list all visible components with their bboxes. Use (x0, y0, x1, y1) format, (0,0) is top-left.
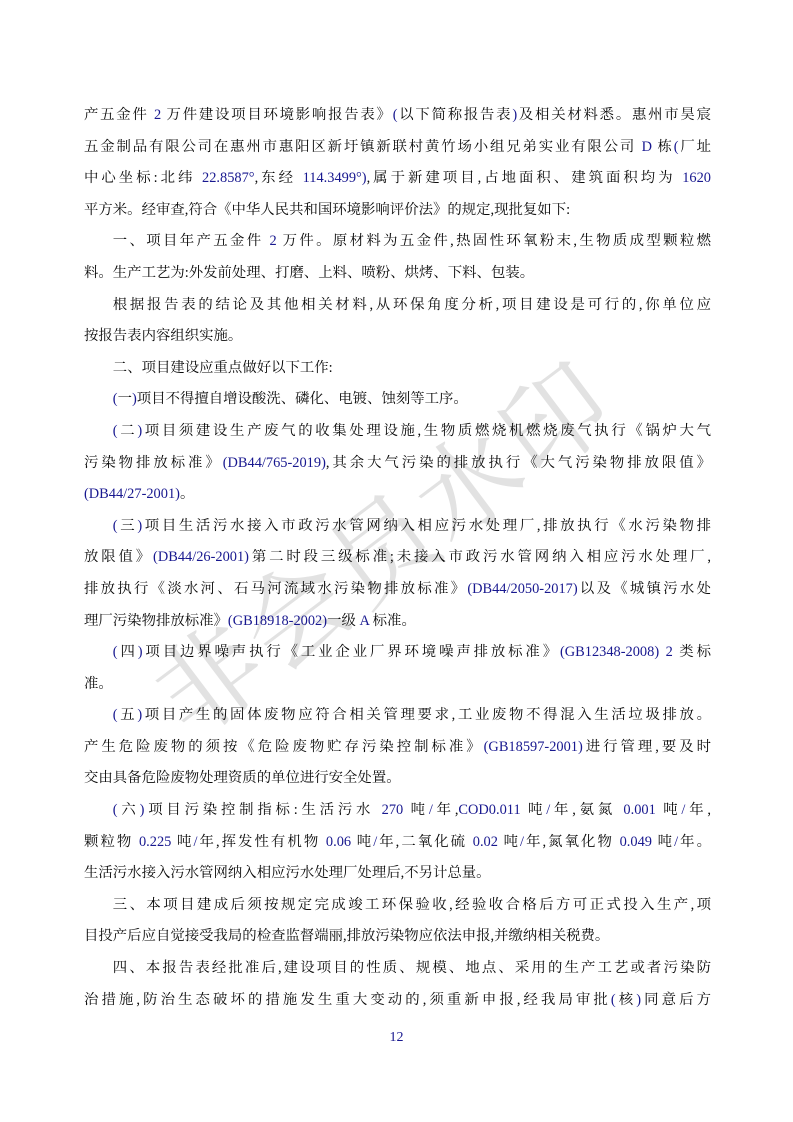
latin-text: (DB44/2050-2017) (467, 581, 577, 597)
text-line: 根据报告表的结论及其他相关材料,从环保角度分析,项目建设是可行的,你单位应 (84, 290, 711, 322)
latin-text: ( (113, 518, 118, 534)
latin-text: / (193, 834, 197, 850)
text-line: 产五金件 2 万件建设项目环境影响报告表》(以下简称报告表)及相关材料悉。惠州市… (84, 100, 711, 132)
text-line: 产生危险废物的须按《危险废物贮存污染控制标准》(GB18597-2001)进行管… (84, 732, 711, 764)
text-line: 放限值》(DB44/26-2001)第二时段三级标准;未接入市政污水管网纳入相应… (84, 542, 711, 574)
latin-text: (DB44/26-2001) (153, 549, 249, 565)
text-line: (三)项目生活污水接入市政污水管网纳入相应污水处理厂,排放执行《水污染物排 (84, 511, 711, 543)
latin-text: ( (674, 139, 679, 155)
latin-text: ) (140, 802, 145, 818)
text-line: (一)项目不得擅自增设酸洗、磷化、电镀、蚀刻等工序。 (84, 384, 711, 416)
text-line: 中心坐标:北纬 22.8587°,东经 114.3499°),属于新建项目,占地… (84, 163, 711, 195)
latin-text: (DB44/27-2001) (84, 486, 180, 502)
page-number: 12 (0, 1027, 793, 1049)
text-line: 治措施,防治生态破坏的措施发生重大变动的,须重新申报,经我局审批(核)同意后方 (84, 985, 711, 1017)
latin-text: / (674, 834, 678, 850)
latin-text: D (642, 139, 652, 155)
text-line: (DB44/27-2001)。 (84, 479, 711, 511)
latin-text: ) (137, 518, 142, 534)
document-body: 产五金件 2 万件建设项目环境影响报告表》(以下简称报告表)及相关材料悉。惠州市… (84, 100, 711, 1016)
latin-text: ) (636, 992, 641, 1008)
latin-text: ( (113, 391, 118, 407)
text-line: 颗粒物 0.225 吨/年,挥发性有机物 0.06 吨/年,二氧化硫 0.02 … (84, 827, 711, 859)
text-line: (六)项目污染控制指标:生活污水 270 吨/年,COD0.011 吨/年,氨氮… (84, 795, 711, 827)
text-line: 三、本项目建成后须按规定完成竣工环保验收,经验收合格后方可正式投入生产,项 (84, 890, 711, 922)
latin-text: ) (512, 107, 517, 123)
latin-text: ( (113, 707, 118, 723)
latin-text: 270 (382, 802, 404, 818)
text-line: (五)项目产生的固体废物应符合相关管理要求,工业废物不得混入生活垃圾排放。 (84, 700, 711, 732)
document-page: 非会员水印 产五金件 2 万件建设项目环境影响报告表》(以下简称报告表)及相关材… (0, 0, 793, 1122)
latin-text: 0.225 (139, 834, 171, 850)
latin-text: ( (113, 423, 118, 439)
latin-text: ( (611, 992, 616, 1008)
latin-text: ( (113, 644, 118, 660)
latin-text: ) (137, 707, 142, 723)
latin-text: 1620 (682, 170, 711, 186)
text-line: 理厂污染物排放标准》(GB18918-2002)一级 A 标准。 (84, 606, 711, 638)
latin-text: A (359, 613, 369, 629)
latin-text: 22.8587° (202, 170, 255, 186)
latin-text: 2 (666, 644, 673, 660)
latin-text: (GB18918-2002) (228, 613, 327, 629)
latin-text: 2 (154, 107, 161, 123)
text-line: 五金制品有限公司在惠州市惠阳区新圩镇新联村黄竹场小组兄弟实业有限公司 D 栋(厂… (84, 132, 711, 164)
text-line: 平方米。经审查,符合《中华人民共和国环境影响评价法》的规定,现批复如下: (84, 195, 711, 227)
latin-text: ( (113, 802, 118, 818)
latin-text: / (429, 802, 433, 818)
text-line: (四)项目边界噪声执行《工业企业厂界环境噪声排放标准》(GB12348-2008… (84, 637, 711, 669)
latin-text: / (546, 802, 550, 818)
latin-text: / (520, 834, 524, 850)
text-line: 一、项目年产五金件 2 万件。原材料为五金件,热固性环氧粉末,生物质成型颗粒燃 (84, 226, 711, 258)
text-line: 交由具备危险废物处理资质的单位进行安全处置。 (84, 763, 711, 795)
text-line: 排放执行《淡水河、石马河流域水污染物排放标准》(DB44/2050-2017)以… (84, 574, 711, 606)
latin-text: ( (393, 107, 398, 123)
latin-text: 0.001 (623, 802, 655, 818)
latin-text: (DB44/765-2019) (223, 455, 326, 471)
latin-text: 2 (270, 233, 277, 249)
text-line: 污染物排放标准》(DB44/765-2019),其余大气污染的排放执行《大气污染… (84, 448, 711, 480)
text-line: 目投产后应自觉接受我局的检查监督端丽,排放污染物应依法申报,并缴纳相关税费。 (84, 921, 711, 953)
latin-text: COD0.011 (458, 802, 520, 818)
latin-text: 0.06 (326, 834, 351, 850)
latin-text: / (373, 834, 377, 850)
text-line: 料。生产工艺为:外发前处理、打磨、上料、喷粉、烘烤、下料、包装。 (84, 258, 711, 290)
text-line: 四、本报告表经批准后,建设项目的性质、规模、地点、采用的生产工艺或者污染防 (84, 953, 711, 985)
latin-text: ) (138, 644, 143, 660)
text-line: (二)项目须建设生产废气的收集处理设施,生物质燃烧机燃烧废气执行《锅炉大气 (84, 416, 711, 448)
text-line: 二、项目建设应重点做好以下工作: (84, 353, 711, 385)
latin-text: ) (132, 391, 137, 407)
latin-text: / (681, 802, 685, 818)
latin-text: 0.049 (620, 834, 652, 850)
latin-text: (GB18597-2001) (484, 739, 583, 755)
latin-text: 0.02 (473, 834, 498, 850)
text-line: 按报告表内容组织实施。 (84, 321, 711, 353)
text-line: 生活污水接入污水管网纳入相应污水处理厂处理后,不另计总量。 (84, 858, 711, 890)
latin-text: ) (137, 423, 142, 439)
latin-text: (GB12348-2008) (560, 644, 659, 660)
text-line: 准。 (84, 669, 711, 701)
latin-text: 114.3499°) (303, 170, 367, 186)
